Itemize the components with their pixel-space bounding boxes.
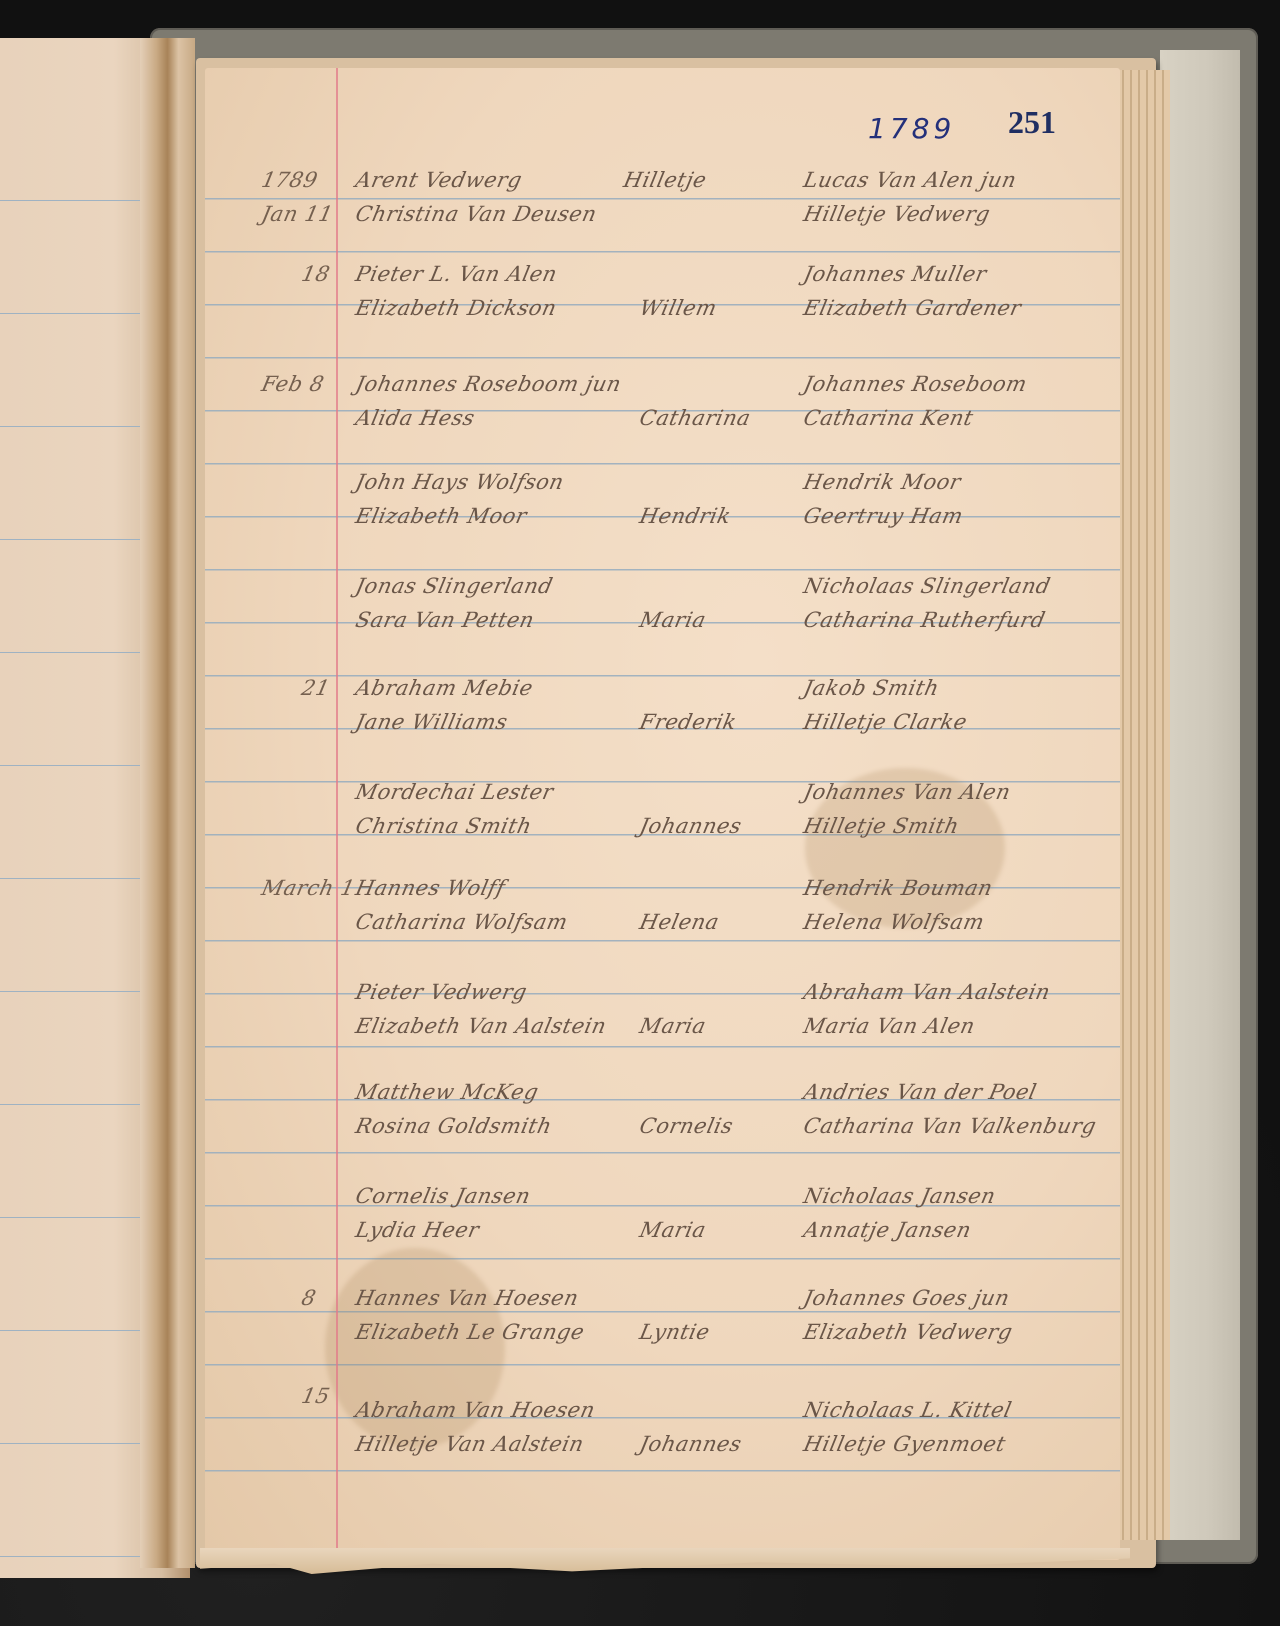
witness-1: Johannes Van Alen <box>801 780 1012 804</box>
father-name: John Hays Wolfson <box>353 470 566 494</box>
witness-1: Abraham Van Aalstein <box>801 980 1052 1004</box>
father-name: Cornelis Jansen <box>353 1184 532 1208</box>
mother-name: Christina Van Deusen <box>353 202 599 226</box>
father-name: Matthew McKeg <box>353 1080 540 1104</box>
child-name: Willem <box>637 296 719 320</box>
witness-2: Helena Wolfsam <box>801 910 986 934</box>
child-name: Catharina <box>637 406 752 430</box>
entry-date: 1789 <box>259 168 320 192</box>
witness-2: Hilletje Clarke <box>801 710 969 734</box>
entry-date: 8 <box>299 1286 318 1310</box>
entry-date: 21 <box>299 676 332 700</box>
witness-1: Johannes Roseboom <box>801 372 1029 396</box>
mother-name: Catharina Wolfsam <box>353 910 570 934</box>
entry-date: 15 <box>299 1384 332 1408</box>
witness-1: Andries Van der Poel <box>801 1080 1038 1104</box>
witness-2: Annatje Jansen <box>801 1218 973 1242</box>
child-name: Johannes <box>637 814 743 838</box>
father-name: Arent Vedwerg <box>353 168 524 192</box>
witness-1: Jakob Smith <box>801 676 941 700</box>
father-name: Mordechai Lester <box>353 780 555 804</box>
witness-1: Hendrik Bouman <box>801 876 995 900</box>
entry-date: March 1 <box>259 876 357 900</box>
father-name: Johannes Roseboom jun <box>353 372 623 396</box>
child-name: Maria <box>637 1218 708 1242</box>
mother-name: Hilletje Van Aalstein <box>353 1432 586 1456</box>
mother-name: Elizabeth Van Aalstein <box>353 1014 608 1038</box>
witness-1: Nicholaas Jansen <box>801 1184 998 1208</box>
witness-2: Hilletje Vedwerg <box>801 202 992 226</box>
witness-2: Hilletje Gyenmoet <box>801 1432 1008 1456</box>
father-name: Pieter L. Van Alen <box>353 262 559 286</box>
father-name: Pieter Vedwerg <box>353 980 529 1004</box>
mother-name: Rosina Goldsmith <box>353 1114 554 1138</box>
father-name: Abraham Mebie <box>353 676 535 700</box>
witness-1: Hendrik Moor <box>801 470 963 494</box>
child-name: Cornelis <box>637 1114 735 1138</box>
father-name: Hannes Wolff <box>353 876 507 900</box>
witness-2: Catharina Kent <box>801 406 975 430</box>
mother-name: Elizabeth Moor <box>353 504 529 528</box>
child-name: Helena <box>637 910 721 934</box>
child-name: Maria <box>637 608 708 632</box>
father-name: Abraham Van Hoesen <box>353 1398 597 1422</box>
witness-2: Elizabeth Gardener <box>801 296 1023 320</box>
mother-name: Lydia Heer <box>353 1218 481 1242</box>
child-name: Lyntie <box>637 1320 712 1344</box>
father-name: Jonas Slingerland <box>353 574 555 598</box>
mother-name: Alida Hess <box>353 406 477 430</box>
witness-2: Elizabeth Vedwerg <box>801 1320 1014 1344</box>
mother-name: Jane Williams <box>353 710 509 734</box>
entry-date: 18 <box>299 262 332 286</box>
child-name: Hilletje <box>621 168 708 192</box>
witness-1: Lucas Van Alen jun <box>801 168 1018 192</box>
mother-name: Christina Smith <box>353 814 534 838</box>
child-name: Frederik <box>637 710 738 734</box>
entry-date: Feb 8 <box>259 372 326 396</box>
child-name: Johannes <box>637 1432 743 1456</box>
witness-2: Geertruy Ham <box>801 504 965 528</box>
witness-1: Johannes Goes jun <box>801 1286 1012 1310</box>
entry-date: Jan 11 <box>259 202 335 226</box>
mother-name: Elizabeth Le Grange <box>353 1320 586 1344</box>
father-name: Hannes Van Hoesen <box>353 1286 580 1310</box>
child-name: Maria <box>637 1014 708 1038</box>
witness-2: Catharina Van Valkenburg <box>801 1114 1098 1138</box>
witness-1: Johannes Muller <box>801 262 989 286</box>
witness-2: Hilletje Smith <box>801 814 961 838</box>
witness-2: Maria Van Alen <box>801 1014 977 1038</box>
mother-name: Sara Van Petten <box>353 608 536 632</box>
witness-2: Catharina Rutherfurd <box>801 608 1047 632</box>
mother-name: Elizabeth Dickson <box>353 296 558 320</box>
register-entries: 1789Jan 11Arent VedwergChristina Van Deu… <box>0 0 1280 1626</box>
witness-1: Nicholaas Slingerland <box>801 574 1052 598</box>
child-name: Hendrik <box>637 504 733 528</box>
witness-1: Nicholaas L. Kittel <box>801 1398 1014 1422</box>
